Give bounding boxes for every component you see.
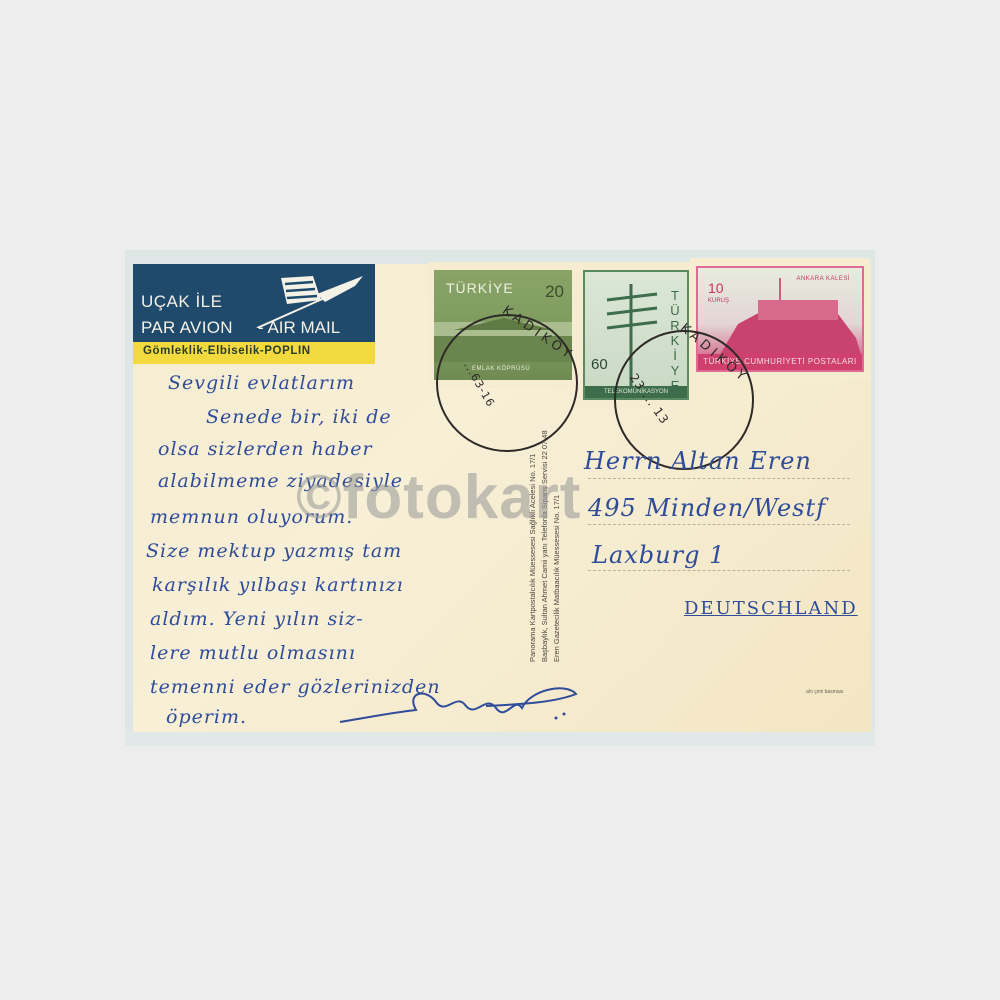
stamp-unit: KURUŞ	[708, 298, 729, 304]
address-rule	[588, 570, 850, 571]
signature	[336, 672, 586, 733]
airmail-english: - AIR MAIL	[258, 318, 340, 338]
corner-imprint: ahı çimi basması	[806, 689, 844, 695]
airmail-french: PAR AVION	[141, 318, 233, 338]
message-line: Senede bir, iki de	[206, 406, 392, 428]
address-recipient: Herrn Altan Eren	[584, 447, 812, 475]
address-city: Laxburg 1	[592, 541, 725, 569]
stamp-place: ANKARA KALESİ	[796, 276, 850, 282]
address-country: DEUTSCHLAND	[684, 598, 858, 619]
airmail-label: UÇAK İLE PAR AVION - AIR MAIL Gömleklik-…	[133, 264, 375, 366]
address-rule	[588, 524, 850, 525]
watermark: ©fotokart	[296, 462, 581, 533]
message-line: karşılık yılbaşı kartınızı	[152, 574, 404, 596]
message-line: olsa sizlerden haber	[158, 438, 373, 460]
message-line: öperim.	[166, 706, 247, 728]
message-line: lere mutlu olmasını	[150, 642, 356, 664]
message-line: Size mektup yazmış tam	[146, 540, 402, 562]
airmail-advert: Gömleklik-Elbiselik-POPLIN	[143, 345, 311, 357]
postcard-edge	[125, 732, 875, 746]
stamp-value: 20	[545, 282, 564, 302]
stamp-country: TÜRKİYE	[446, 280, 514, 296]
signature-scribble	[336, 672, 586, 728]
stamp-value: 10	[708, 280, 724, 296]
message-line: aldım. Yeni yılın siz-	[150, 608, 364, 630]
airmail-turkish: UÇAK İLE	[141, 292, 222, 312]
address-rule	[588, 478, 850, 479]
address-street: 495 Minden/Westf	[588, 494, 826, 522]
stamp-value: 60	[591, 356, 608, 373]
postmark-date: 23 ... 13	[627, 371, 672, 427]
message-line: Sevgili evlatlarım	[168, 372, 355, 394]
postmark-date: ...63-16	[461, 359, 497, 409]
